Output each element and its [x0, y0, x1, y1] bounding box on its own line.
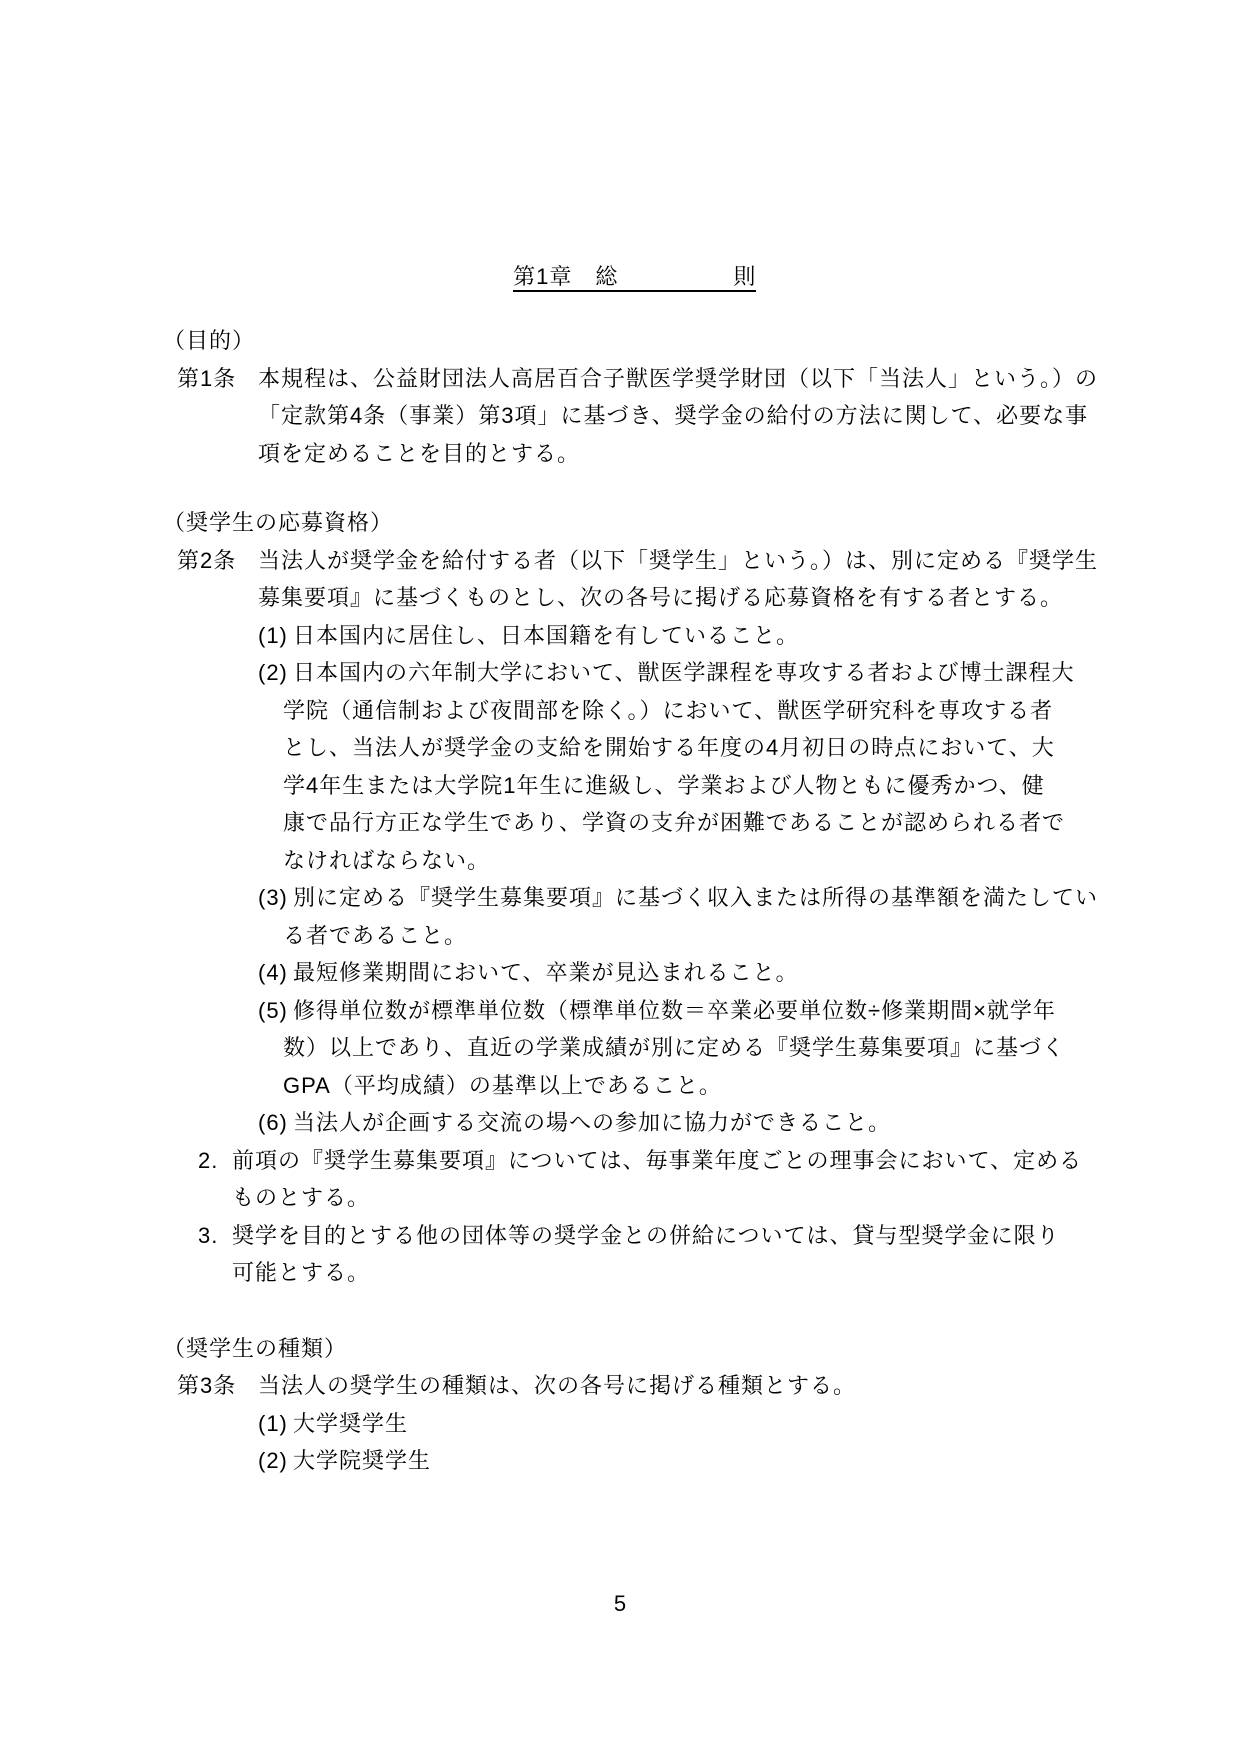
item-first-line: (1)日本国内に居住し、日本国籍を有していること。	[163, 617, 1123, 655]
article-first-line: 第2条当法人が奨学金を給付する者（以下「奨学生」という。）は、別に定める『奨学生	[163, 542, 1123, 580]
line-text: 学院（通信制および夜間部を除く。）において、獣医学研究科を専攻する者	[283, 698, 1053, 723]
line-text: 可能とする。	[232, 1260, 370, 1285]
chapter-heading-text: 第1章 総 則	[513, 264, 756, 292]
item-first-line: (3)別に定める『奨学生募集要項』に基づく収入または所得の基準額を満たしてい	[163, 879, 1123, 917]
article-continuation-line: 「定款第4条（事業）第3項」に基づき、奨学金の給付の方法に関して、必要な事	[163, 397, 1123, 435]
item-continuation-line: とし、当法人が奨学金の支給を開始する年度の4月初日の時点において、大	[163, 729, 1123, 767]
item-continuation-line: なければならない。	[163, 842, 1123, 880]
item-number-label: (1)	[258, 1405, 288, 1443]
numbered-number-label: 3.	[198, 1217, 218, 1255]
item-number-label: (1)	[258, 617, 288, 655]
item-first-line: (4)最短修業期間において、卒業が見込まれること。	[163, 954, 1123, 992]
article-number-label: 第1条	[177, 360, 236, 398]
line-text: 項を定めることを目的とする。	[258, 441, 580, 466]
item-number-label: (3)	[258, 879, 288, 917]
line-text: （目的）	[163, 328, 255, 353]
line-text: なければならない。	[283, 848, 490, 873]
item-continuation-line: GPA（平均成績）の基準以上であること。	[163, 1067, 1123, 1105]
item-number-label: (2)	[258, 654, 288, 692]
item-first-line: (2)大学院奨学生	[163, 1442, 1123, 1480]
line-text: （奨学生の種類）	[163, 1336, 347, 1361]
line-text: 修得単位数が標準単位数（標準単位数＝卒業必要単位数÷修業期間×就学年	[293, 998, 1056, 1023]
item-continuation-line: 康で品行方正な学生であり、学資の支弁が困難であることが認められる者で	[163, 804, 1123, 842]
line-text: とし、当法人が奨学金の支給を開始する年度の4月初日の時点において、大	[283, 735, 1055, 760]
item-first-line: (1)大学奨学生	[163, 1405, 1123, 1443]
article-continuation-line: 募集要項』に基づくものとし、次の各号に掲げる応募資格を有する者とする。	[163, 579, 1123, 617]
item-continuation-line: る者であること。	[163, 917, 1123, 955]
item-first-line: (2)日本国内の六年制大学において、獣医学課程を専攻する者および博士課程大	[163, 654, 1123, 692]
line-text: 前項の『奨学生募集要項』については、毎事業年度ごとの理事会において、定める	[232, 1148, 1082, 1173]
item-continuation-line: 学院（通信制および夜間部を除く。）において、獣医学研究科を専攻する者	[163, 692, 1123, 730]
item-number-label: (2)	[258, 1442, 288, 1480]
line-text: 学4年生または大学院1年生に進級し、学業および人物ともに優秀かつ、健	[283, 773, 1045, 798]
line-text: る者であること。	[283, 923, 467, 948]
line-text: 別に定める『奨学生募集要項』に基づく収入または所得の基準額を満たしてい	[293, 885, 1098, 910]
item-number-label: (4)	[258, 954, 288, 992]
line-text: 本規程は、公益財団法人高居百合子獣医学奨学財団（以下「当法人」という。）の	[258, 366, 1098, 391]
line-text: 日本国内に居住し、日本国籍を有していること。	[293, 623, 799, 648]
line-text: ものとする。	[232, 1185, 370, 1210]
numbered-number-label: 2.	[198, 1142, 218, 1180]
line-text: （奨学生の応募資格）	[163, 510, 393, 535]
section-label: （目的）	[163, 322, 1123, 360]
line-text: 当法人の奨学生の種類は、次の各号に掲げる種類とする。	[258, 1373, 856, 1398]
numbered-continuation-line: ものとする。	[163, 1179, 1123, 1217]
line-text: 大学院奨学生	[293, 1448, 431, 1473]
section-label: （奨学生の種類）	[163, 1330, 1123, 1368]
line-text: 日本国内の六年制大学において、獣医学課程を専攻する者および博士課程大	[293, 660, 1075, 685]
item-number-label: (5)	[258, 992, 288, 1030]
chapter-heading: 第1章 総 則	[0, 220, 1241, 333]
page-number: 5	[0, 1585, 1241, 1623]
line-text: GPA（平均成績）の基準以上であること。	[283, 1073, 722, 1098]
item-first-line: (5)修得単位数が標準単位数（標準単位数＝卒業必要単位数÷修業期間×就学年	[163, 992, 1123, 1030]
line-text: 最短修業期間において、卒業が見込まれること。	[293, 960, 799, 985]
section-label: （奨学生の応募資格）	[163, 504, 1123, 542]
item-first-line: (6)当法人が企画する交流の場への参加に協力ができること。	[163, 1104, 1123, 1142]
numbered-first-line: 2.前項の『奨学生募集要項』については、毎事業年度ごとの理事会において、定める	[163, 1142, 1123, 1180]
line-text: 「定款第4条（事業）第3項」に基づき、奨学金の給付の方法に関して、必要な事	[258, 403, 1088, 428]
line-text: 数）以上であり、直近の学業成績が別に定める『奨学生募集要項』に基づく	[283, 1035, 1065, 1060]
article-continuation-line: 項を定めることを目的とする。	[163, 435, 1123, 473]
numbered-continuation-line: 可能とする。	[163, 1254, 1123, 1292]
line-text: 奨学を目的とする他の団体等の奨学金との併給については、貸与型奨学金に限り	[232, 1223, 1060, 1248]
document-page: 第1章 総 則 （目的）第1条本規程は、公益財団法人高居百合子獣医学奨学財団（以…	[0, 0, 1241, 1755]
item-continuation-line: 数）以上であり、直近の学業成績が別に定める『奨学生募集要項』に基づく	[163, 1029, 1123, 1067]
line-text: 募集要項』に基づくものとし、次の各号に掲げる応募資格を有する者とする。	[258, 585, 1063, 610]
article-first-line: 第3条当法人の奨学生の種類は、次の各号に掲げる種類とする。	[163, 1367, 1123, 1405]
line-text: 大学奨学生	[293, 1411, 408, 1436]
article-number-label: 第3条	[177, 1367, 236, 1405]
document-body: （目的）第1条本規程は、公益財団法人高居百合子獣医学奨学財団（以下「当法人」とい…	[163, 322, 1123, 1480]
line-text: 当法人が奨学金を給付する者（以下「奨学生」という。）は、別に定める『奨学生	[258, 548, 1098, 573]
line-text: 当法人が企画する交流の場への参加に協力ができること。	[293, 1110, 891, 1135]
item-number-label: (6)	[258, 1104, 288, 1142]
numbered-first-line: 3.奨学を目的とする他の団体等の奨学金との併給については、貸与型奨学金に限り	[163, 1217, 1123, 1255]
line-text: 康で品行方正な学生であり、学資の支弁が困難であることが認められる者で	[283, 810, 1065, 835]
item-continuation-line: 学4年生または大学院1年生に進級し、学業および人物ともに優秀かつ、健	[163, 767, 1123, 805]
article-number-label: 第2条	[177, 542, 236, 580]
article-first-line: 第1条本規程は、公益財団法人高居百合子獣医学奨学財団（以下「当法人」という。）の	[163, 360, 1123, 398]
